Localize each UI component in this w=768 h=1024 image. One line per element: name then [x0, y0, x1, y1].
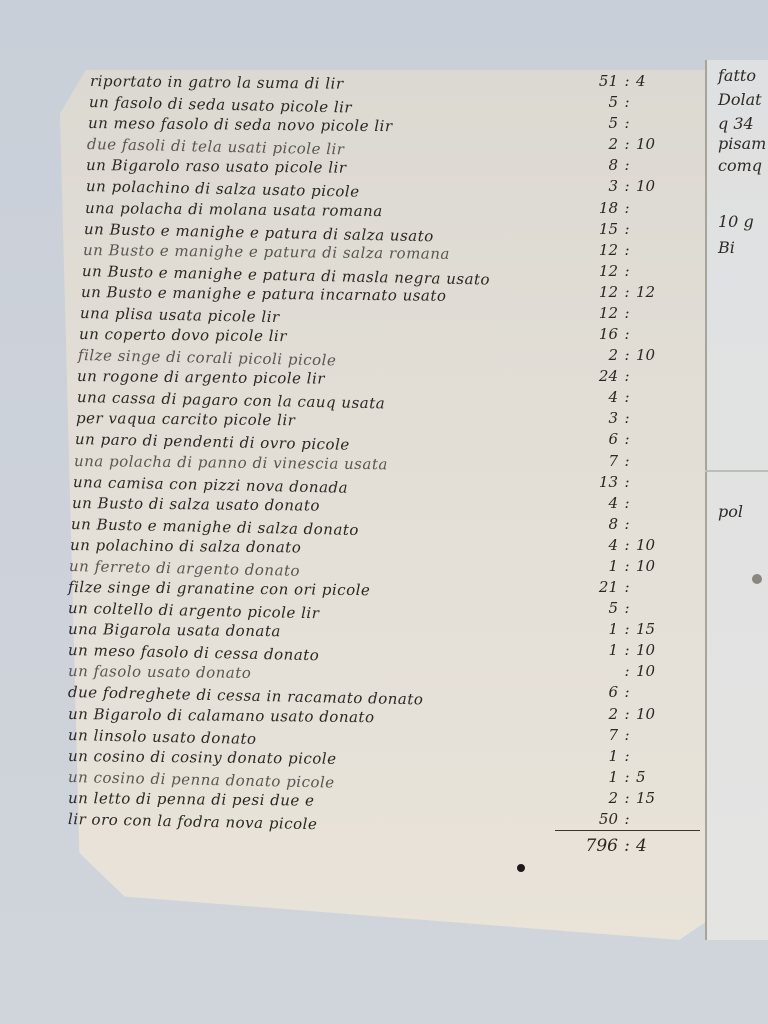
amount-lire: 15 — [570, 220, 618, 238]
amount-soldi: 15 — [636, 789, 670, 807]
ledger-line: un Bigarolo raso usato picole lir — [86, 156, 347, 177]
ledger-line: un linsolo usato donato — [67, 726, 256, 748]
ledger-line: un Busto di salza usato donato — [72, 494, 320, 515]
ledger-amount: :10 — [570, 662, 695, 680]
separator: : — [618, 430, 636, 448]
ledger-line: un polachino di salza donato — [70, 536, 301, 556]
amount-lire: 1 — [570, 768, 618, 786]
separator: : — [618, 283, 636, 301]
amount-lire: 5 — [570, 114, 618, 132]
right-fragment: 10 g — [718, 212, 754, 231]
separator: : — [618, 72, 636, 90]
ledger-line: un meso fasolo di seda novo picole lir — [88, 114, 393, 135]
separator: : — [618, 557, 636, 575]
ledger-amount: 18: — [570, 199, 695, 217]
amount-soldi: 10 — [636, 662, 670, 680]
separator: : — [618, 199, 636, 217]
ledger-line: un cosino di cosiny donato picole — [67, 747, 336, 768]
amount-lire: 12 — [570, 304, 618, 322]
amount-soldi: 10 — [636, 557, 670, 575]
amount-lire: 51 — [570, 72, 618, 90]
amount-lire: 6 — [570, 683, 618, 701]
ledger-amount: 12:12 — [570, 283, 695, 301]
amount-lire: 2 — [570, 346, 618, 364]
ledger-amount: 3: — [570, 409, 695, 427]
ledger-line: una polacha di molana usata romana — [84, 199, 382, 220]
ledger-line: un Bigarolo di calamano usato donato — [67, 705, 374, 726]
right-fragment: fatto — [718, 66, 756, 85]
amount-lire: 7 — [570, 726, 618, 744]
amount-lire: 13 — [570, 473, 618, 491]
separator: : — [618, 473, 636, 491]
ledger-amount: 2:15 — [570, 789, 695, 807]
amount-soldi: 15 — [636, 620, 670, 638]
amount-soldi: 10 — [636, 346, 670, 364]
amount-lire: 5 — [570, 599, 618, 617]
ledger-amount: 24: — [570, 367, 695, 385]
stain — [752, 574, 762, 584]
right-fragment: q 34 — [718, 114, 754, 133]
amount-soldi: 5 — [636, 768, 670, 786]
amount-lire: 24 — [570, 367, 618, 385]
amount-lire: 3 — [570, 409, 618, 427]
amount-lire: 1 — [570, 641, 618, 659]
amount-lire: 6 — [570, 430, 618, 448]
ledger-amount: 5: — [570, 599, 695, 617]
separator: : — [618, 388, 636, 406]
separator: : — [618, 810, 636, 828]
amount-lire: 5 — [570, 93, 618, 111]
ledger-line: filze singe di granatine con ori picole — [68, 578, 371, 599]
amount-lire: 4 — [570, 388, 618, 406]
ledger-amount: 16: — [570, 325, 695, 343]
separator: : — [618, 768, 636, 786]
amount-lire: 3 — [570, 177, 618, 195]
amount-lire: 12 — [570, 262, 618, 280]
ledger-amount: 2:10 — [570, 135, 695, 153]
ledger-amount: 1:5 — [570, 768, 695, 786]
ledger-amount: 13: — [570, 473, 695, 491]
ledger-line: una Bigarola usata donata — [67, 620, 280, 640]
ledger-amount: 1:10 — [570, 557, 695, 575]
amount-lire: 16 — [570, 325, 618, 343]
adjacent-page — [705, 60, 768, 940]
amount-soldi: 10 — [636, 135, 670, 153]
amount-soldi: 10 — [636, 177, 670, 195]
ledger-amount: 1: — [570, 747, 695, 765]
ledger-amount: 8: — [570, 515, 695, 533]
ledger-amount: 2:10 — [570, 705, 695, 723]
separator: : — [618, 536, 636, 554]
separator: : — [618, 578, 636, 596]
ledger-amount: 15: — [570, 220, 695, 238]
amount-lire: 18 — [570, 199, 618, 217]
separator: : — [618, 599, 636, 617]
separator: : — [618, 156, 636, 174]
amount-lire: 8 — [570, 156, 618, 174]
ledger-amount: 12: — [570, 262, 695, 280]
separator: : — [618, 346, 636, 364]
ledger-amount: 4: — [570, 494, 695, 512]
ledger-amount: 50: — [570, 810, 695, 828]
separator: : — [618, 93, 636, 111]
ledger-amount: 2:10 — [570, 346, 695, 364]
ledger-total: 796:4 — [570, 836, 695, 856]
amount-lire: 12 — [570, 241, 618, 259]
ledger-amount: 51:4 — [570, 72, 695, 90]
total-denari: 4 — [636, 836, 670, 856]
ledger-amount: 12: — [570, 241, 695, 259]
separator: : — [618, 662, 636, 680]
right-fragment: Dolat — [718, 90, 762, 109]
ledger-line: un coperto dovo picole lir — [79, 325, 287, 345]
separator: : — [618, 177, 636, 195]
amount-soldi: 12 — [636, 283, 670, 301]
amount-soldi: 4 — [636, 72, 670, 90]
amount-lire: 1 — [570, 747, 618, 765]
ledger-line: un rogone di argento picole lir — [77, 367, 325, 388]
total-rule — [555, 830, 700, 831]
amount-soldi: 10 — [636, 641, 670, 659]
right-fragment: pisam — [718, 134, 766, 153]
right-fragment: comq — [718, 156, 762, 175]
ledger-amount: 6: — [570, 683, 695, 701]
separator: : — [618, 515, 636, 533]
ledger-amount: 7: — [570, 726, 695, 744]
ledger-amount: 5: — [570, 93, 695, 111]
page-fold — [700, 470, 768, 472]
ledger-amount: 6: — [570, 430, 695, 448]
ledger-amount: 4:10 — [570, 536, 695, 554]
ledger-line: un letto di penna di pesi due e — [67, 789, 314, 810]
amount-lire: 1 — [570, 620, 618, 638]
separator: : — [618, 241, 636, 259]
ledger-line: un Busto e manighe e patura incarnato us… — [81, 283, 447, 305]
ledger-line: un Busto e manighe e patura di salza rom… — [83, 241, 450, 263]
total-lire: 796 — [570, 836, 618, 856]
ledger-amount: 1:10 — [570, 641, 695, 659]
separator: : — [618, 726, 636, 744]
separator: : — [618, 683, 636, 701]
separator: : — [618, 789, 636, 807]
amount-lire: 4 — [570, 536, 618, 554]
amount-lire: 1 — [570, 557, 618, 575]
separator: : — [618, 452, 636, 470]
separator: : — [618, 641, 636, 659]
separator: : — [618, 367, 636, 385]
ledger-amount: 21: — [570, 578, 695, 596]
ledger-amount: 8: — [570, 156, 695, 174]
ledger-amount: 7: — [570, 452, 695, 470]
separator: : — [618, 494, 636, 512]
ledger-amount: 1:15 — [570, 620, 695, 638]
separator: : — [618, 135, 636, 153]
separator: : — [618, 220, 636, 238]
ledger-amount: 3:10 — [570, 177, 695, 195]
amount-lire: 4 — [570, 494, 618, 512]
ink-blot — [517, 864, 525, 872]
amount-soldi: 10 — [636, 536, 670, 554]
amount-lire: 2 — [570, 705, 618, 723]
separator: : — [618, 620, 636, 638]
ledger-amount: 5: — [570, 114, 695, 132]
separator: : — [618, 747, 636, 765]
ledger-line: per vaqua carcito picole lir — [75, 409, 295, 429]
separator: : — [618, 262, 636, 280]
ledger-line: riportato in gatro la suma di lir — [90, 72, 344, 93]
amount-lire: 7 — [570, 452, 618, 470]
ledger-line: un fasolo usato donato — [67, 662, 251, 682]
amount-lire: 2 — [570, 789, 618, 807]
ledger-amount: 12: — [570, 304, 695, 322]
ledger-amount: 4: — [570, 388, 695, 406]
right-fragment: Bi — [718, 238, 735, 257]
amount-lire: 8 — [570, 515, 618, 533]
amount-lire: 12 — [570, 283, 618, 301]
amount-lire: 2 — [570, 135, 618, 153]
separator: : — [618, 325, 636, 343]
separator: : — [618, 114, 636, 132]
amount-lire: 21 — [570, 578, 618, 596]
separator: : — [618, 409, 636, 427]
ledger-line: una polacha di panno di vinescia usata — [74, 452, 388, 473]
amount-soldi: 10 — [636, 705, 670, 723]
amount-lire: 50 — [570, 810, 618, 828]
right-fragment: pol — [718, 502, 743, 521]
separator: : — [618, 705, 636, 723]
separator: : — [618, 304, 636, 322]
